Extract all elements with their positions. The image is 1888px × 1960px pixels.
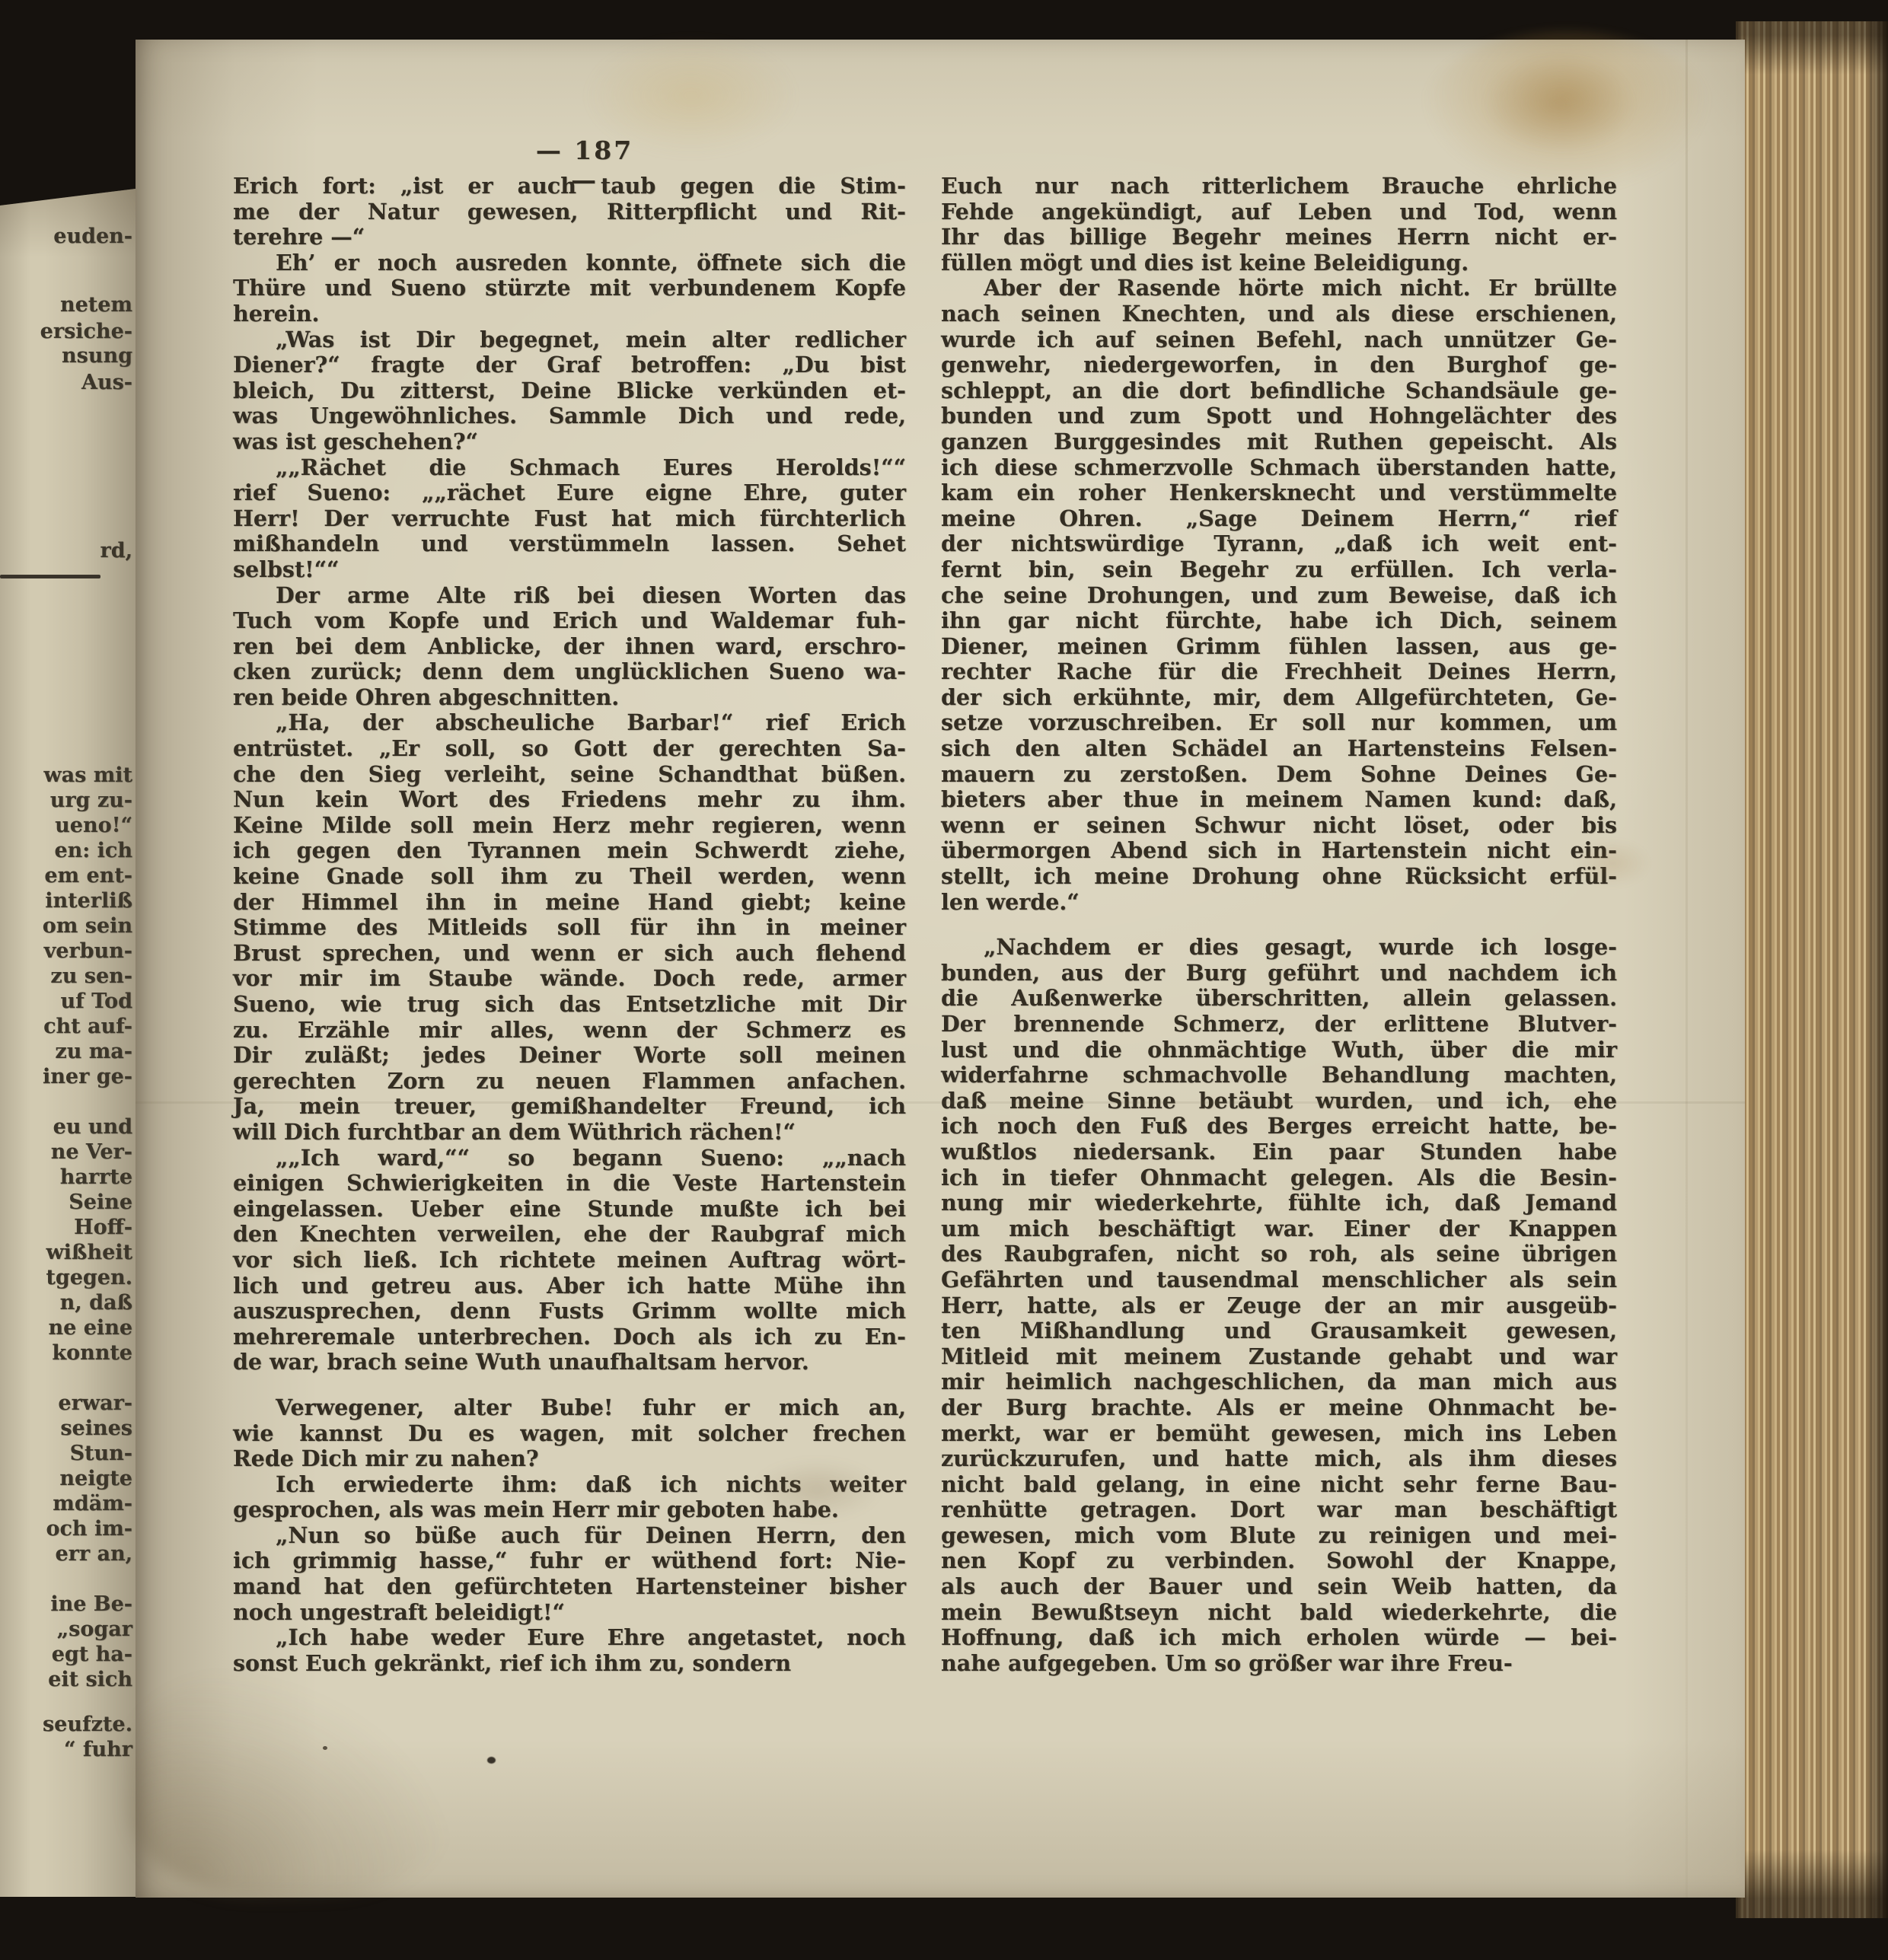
text-line: wie kannst Du es wagen, mit solcher frec… — [233, 1421, 906, 1447]
text-line: Ihr das billige Begehr meines Herrn nich… — [941, 225, 1617, 250]
prev-page-text-fragment: harrte — [60, 1165, 132, 1189]
text-line: ich in tiefer Ohnmacht gelegen. Als die … — [941, 1165, 1617, 1191]
text-line: ren beide Ohren abgeschnitten. — [233, 685, 906, 711]
book-scan-screenshot: { "page": { "header": "— 187 —", "colors… — [0, 0, 1888, 1960]
prev-page-text-fragment: Hoff- — [74, 1216, 132, 1239]
text-line: bieters aber thue in meinem Namen kund: … — [941, 787, 1617, 813]
text-line: selbst!““ — [233, 557, 906, 583]
prev-page-text-fragment: konnte — [52, 1341, 132, 1365]
text-line: ich noch den Fuß des Berges erreicht hat… — [941, 1114, 1617, 1139]
text-line: ten Mißhandlung und Grausamkeit gewesen, — [941, 1318, 1617, 1344]
text-line: was ist geschehen?“ — [233, 429, 906, 455]
text-line: lich und getreu aus. Aber ich hatte Mühe… — [233, 1273, 906, 1299]
text-line: mir heimlich nachgeschlichen, da man mic… — [941, 1369, 1617, 1395]
prev-page-text-fragment: netem — [60, 293, 132, 317]
text-column-left: Erich fort: „ist er auch taub gegen die … — [233, 174, 906, 1676]
text-line: che seine Drohungen, und zum Beweise, da… — [941, 583, 1617, 609]
text-line: Rede Dich mir zu nahen? — [233, 1446, 906, 1472]
text-line: kam ein roher Henkersknecht und verstümm… — [941, 480, 1617, 506]
text-line: renhütte getragen. Dort war man beschäft… — [941, 1497, 1617, 1523]
text-line: Sueno, wie trug sich das Entsetzliche mi… — [233, 992, 906, 1018]
text-line: Der arme Alte riß bei diesen Worten das — [233, 583, 906, 609]
text-line: de war, brach seine Wuth unaufhaltsam he… — [233, 1350, 906, 1375]
paper-stain-top-right — [1422, 30, 1711, 194]
text-line: übermorgen Abend sich in Hartenstein nic… — [941, 838, 1617, 864]
prev-page-text-fragment: em ent- — [44, 864, 132, 888]
text-line: Mitleid mit meinem Zustande gehabt und w… — [941, 1344, 1617, 1370]
text-line: meine Ohren. „Sage Deinem Herrn,“ rief — [941, 506, 1617, 532]
prev-page-text-fragment: Aus- — [81, 371, 132, 394]
prev-page-text-fragment: iner ge- — [43, 1065, 132, 1088]
text-line: mauern zu zerstoßen. Dem Sohne Deines Ge… — [941, 762, 1617, 788]
text-line: die Außenwerke überschritten, allein gel… — [941, 986, 1617, 1012]
text-line: der nichtswürdige Tyrann, „daß ich weit … — [941, 531, 1617, 557]
text-line: Aber der Rasende hörte mich nicht. Er br… — [941, 276, 1617, 301]
vertical-crease — [1685, 40, 1688, 1898]
text-line: was Ungewöhnliches. Sammle Dich und rede… — [233, 403, 906, 429]
text-line: Thüre und Sueno stürzte mit verbundenem … — [233, 276, 906, 301]
prev-page-text-fragment: och im- — [46, 1517, 132, 1541]
prev-page-text-fragment: seines — [60, 1417, 132, 1440]
prev-page-text-fragment: rd, — [100, 539, 132, 563]
text-line: len werde.“ — [941, 890, 1617, 916]
ink-spot-small — [323, 1746, 327, 1750]
text-line: den Knechten verweilen, ehe der Raubgraf… — [233, 1222, 906, 1248]
book-fore-edge-page-stack — [1736, 21, 1888, 1918]
text-line: Nun kein Wort des Friedens mehr zu ihm. — [233, 787, 906, 813]
text-line: Stimme des Mitleids soll für ihn in mein… — [233, 915, 906, 941]
prev-page-text-fragment: egt ha- — [52, 1643, 132, 1666]
text-line: schleppt, an die dort befindliche Schand… — [941, 378, 1617, 404]
prev-page-section-rule — [0, 575, 100, 578]
text-line: nung mir wiederkehrte, fühlte ich, daß J… — [941, 1190, 1617, 1216]
text-line: „Ich habe weder Eure Ehre angetastet, no… — [233, 1625, 906, 1651]
prev-page-text-fragment: interliß — [45, 889, 132, 913]
text-line: wußtlos niedersank. Ein paar Stunden hab… — [941, 1139, 1617, 1165]
text-line: Diener?“ fragte der Graf betroffen: „Du … — [233, 352, 906, 378]
prev-page-text-fragment: Stun- — [70, 1442, 132, 1465]
prev-page-text-fragment: seufzte. — [43, 1713, 132, 1736]
paper-stain-top-right-core — [1483, 55, 1635, 154]
text-line: der Burg brachte. Als er meine Ohnmacht … — [941, 1395, 1617, 1421]
text-line: terehre —“ — [233, 225, 906, 250]
prev-page-text-fragment: ersiche- — [40, 320, 132, 343]
prev-page-text-fragment: ine Be- — [50, 1592, 132, 1616]
text-line: lust und die ohnmächtige Wuth, über die … — [941, 1037, 1617, 1063]
prev-page-text-fragment: wißheit — [46, 1241, 132, 1264]
text-line: zurückzurufen, und hatte mich, als ihm d… — [941, 1446, 1617, 1472]
text-line: setze vorzuschreiben. Er soll nur kommen… — [941, 710, 1617, 736]
text-line: Ja, mein treuer, gemißhandelter Freund, … — [233, 1094, 906, 1120]
text-line: „„Ich ward,““ so begann Sueno: „„nach — [233, 1146, 906, 1171]
prev-page-text-fragment: en: ich — [54, 839, 132, 862]
text-line: Gefährten und tausendmal menschlicher al… — [941, 1267, 1617, 1293]
text-line: als auch der Bauer und sein Weib hatten,… — [941, 1574, 1617, 1600]
prev-page-text-fragment: zu sen- — [50, 964, 132, 988]
text-line: auszusprechen, denn Fusts Grimm wollte m… — [233, 1299, 906, 1324]
text-line: Dir zuläßt; jedes Deiner Worte soll mein… — [233, 1043, 906, 1069]
text-line: fernt bin, sein Begehr zu erfüllen. Ich … — [941, 557, 1617, 583]
text-line: mißhandeln und verstümmeln lassen. Sehet — [233, 531, 906, 557]
prev-page-text-fragment: err an, — [55, 1542, 132, 1566]
text-column-right: Euch nur nach ritterlichem Brauche ehrli… — [941, 174, 1617, 1676]
text-line: „Nun so büße auch für Deinen Herrn, den — [233, 1523, 906, 1549]
prev-page-text-fragment: tgegen. — [46, 1266, 132, 1289]
text-line: widerfahrne schmachvolle Behandlung mach… — [941, 1063, 1617, 1088]
prev-page-text-fragment: ueno!“ — [55, 814, 132, 837]
text-line: Tuch vom Kopfe und Erich und Waldemar fu… — [233, 608, 906, 634]
text-line: nicht bald gelang, in eine nicht sehr fe… — [941, 1472, 1617, 1498]
prev-page-text-fragment: euden- — [53, 225, 132, 248]
text-line: Diener, meinen Grimm fühlen lassen, aus … — [941, 634, 1617, 660]
text-line: sonst Euch gekränkt, rief ich ihm zu, so… — [233, 1651, 906, 1677]
text-line: eingelassen. Ueber eine Stunde mußte ich… — [233, 1197, 906, 1222]
prev-page-text-fragment: mdäm- — [53, 1492, 132, 1515]
text-line: cken zurück; denn dem unglücklichen Suen… — [233, 659, 906, 685]
text-line: vor mir im Staube wände. Doch rede, arme… — [233, 966, 906, 992]
prev-page-text-fragment: „sogar — [57, 1617, 132, 1641]
text-line: ihn gar nicht fürchte, habe ich Dich, se… — [941, 608, 1617, 634]
text-line: nen Kopf zu verbinden. Sowohl der Knappe… — [941, 1548, 1617, 1574]
text-line: der Himmel ihn in meine Hand giebt; kein… — [233, 890, 906, 916]
text-line: zu. Erzähle mir alles, wenn der Schmerz … — [233, 1018, 906, 1044]
text-line: gerechten Zorn zu neuen Flammen anfachen… — [233, 1069, 906, 1095]
text-line: gesprochen, als was mein Herr mir gebote… — [233, 1497, 906, 1523]
prev-page-text-fragment: ne eine — [49, 1316, 132, 1340]
prev-page-text-fragment: eu und — [53, 1115, 132, 1139]
text-line: Verwegener, alter Bube! fuhr er mich an, — [233, 1395, 906, 1421]
text-line: „„Rächet die Schmach Eures Herolds!““ — [233, 455, 906, 481]
text-line: mand hat den gefürchteten Hartensteiner … — [233, 1574, 906, 1600]
text-line: ich gegen den Tyrannen mein Schwerdt zie… — [233, 838, 906, 864]
text-line: Der brennende Schmerz, der erlittene Blu… — [941, 1012, 1617, 1037]
text-line: einigen Schwierigkeiten in die Veste Har… — [233, 1171, 906, 1197]
text-line: Fehde angekündigt, auf Leben und Tod, we… — [941, 199, 1617, 225]
text-line: der sich erkühnte, mir, dem Allgefürchte… — [941, 685, 1617, 711]
prev-page-text-fragment: ne Ver- — [51, 1140, 132, 1164]
prev-page-text-fragment: erwar- — [58, 1391, 132, 1415]
prev-page-text-fragment: urg zu- — [50, 789, 132, 812]
text-line: nach seinen Knechten, und als diese ersc… — [941, 301, 1617, 327]
text-line: mein Bewußtseyn nicht bald wiederkehrte,… — [941, 1600, 1617, 1626]
prev-page-text-fragment: verbun- — [44, 939, 132, 963]
book-page: — 187 — Erich fort: „ist er auch taub ge… — [136, 40, 1745, 1898]
prev-page-text-fragment: om sein — [43, 914, 132, 938]
text-line: um mich beschäftigt war. Einer der Knapp… — [941, 1216, 1617, 1242]
text-line: mehreremale unterbrechen. Doch als ich z… — [233, 1324, 906, 1350]
text-line: Herr! Der verruchte Fust hat mich fürcht… — [233, 506, 906, 532]
text-line: entrüstet. „Er soll, so Gott der gerecht… — [233, 736, 906, 762]
text-line: will Dich furchtbar an dem Wüthrich räch… — [233, 1120, 906, 1146]
text-line: genwehr, niedergeworfen, in den Burghof … — [941, 352, 1617, 378]
ink-spot — [487, 1757, 496, 1764]
horizontal-crease — [136, 1101, 1745, 1104]
text-line: herein. — [233, 301, 906, 327]
text-line: Eh’ er noch ausreden konnte, öffnete sic… — [233, 250, 906, 276]
text-line: „Was ist Dir begegnet, mein alter redlic… — [233, 327, 906, 353]
text-line: rief Sueno: „„rächet Eure eigne Ehre, gu… — [233, 480, 906, 506]
text-line: merkt, war er bemüht gewesen, mich ins L… — [941, 1421, 1617, 1447]
text-line: vor sich ließ. Ich richtete meinen Auftr… — [233, 1248, 906, 1273]
text-line: Euch nur nach ritterlichem Brauche ehrli… — [941, 174, 1617, 199]
text-line: ich diese schmerzvolle Schmach überstand… — [941, 455, 1617, 481]
text-line: „Ha, der abscheuliche Barbar!“ rief Eric… — [233, 710, 906, 736]
prev-page-text-fragment: was mit — [43, 763, 132, 787]
text-line: „Nachdem er dies gesagt, wurde ich losge… — [941, 935, 1617, 961]
bottom-corner-shade — [128, 1668, 455, 1897]
text-line: wurde ich auf seinen Befehl, nach unnütz… — [941, 327, 1617, 353]
text-line: Erich fort: „ist er auch taub gegen die … — [233, 174, 906, 199]
prev-page-text-fragment: nsung — [62, 344, 132, 368]
text-line: ren bei dem Anblicke, der ihnen ward, er… — [233, 634, 906, 660]
text-line: ich grimmig hasse,“ fuhr er wüthend fort… — [233, 1548, 906, 1574]
text-line: ganzen Burggesindes mit Ruthen gepeischt… — [941, 429, 1617, 455]
text-line: stellt, ich meine Drohung ohne Rücksicht… — [941, 864, 1617, 890]
prev-page-text-fragment: cht auf- — [43, 1015, 132, 1038]
text-line: gewesen, mich vom Blute zu reinigen und … — [941, 1523, 1617, 1549]
prev-page-text-fragment: neigte — [59, 1467, 132, 1490]
text-line: keine Gnade soll ihm zu Theil werden, we… — [233, 864, 906, 890]
text-line: nahe aufgegeben. Um so größer war ihre F… — [941, 1651, 1617, 1677]
text-line: Hoffnung, daß ich mich erholen würde — b… — [941, 1625, 1617, 1651]
text-line: füllen mögt und dies ist keine Beleidigu… — [941, 250, 1617, 276]
text-line: che den Sieg verleiht, seine Schandthat … — [233, 762, 906, 788]
text-line: Brust sprechen, und wenn er sich auch fl… — [233, 941, 906, 967]
text-line: noch ungestraft beleidigt!“ — [233, 1600, 906, 1626]
text-line: Herr, hatte, als er Zeuge der an mir aus… — [941, 1293, 1617, 1319]
text-line: wenn er seinen Schwur nicht löset, oder … — [941, 813, 1617, 839]
prev-page-text-fragment: uf Tod — [60, 990, 132, 1013]
prev-page-text-fragment: eit sich — [48, 1668, 132, 1691]
text-line: rechter Rache für die Frechheit Deines H… — [941, 659, 1617, 685]
text-line: Ich erwiederte ihm: daß ich nichts weite… — [233, 1472, 906, 1498]
text-line: Keine Milde soll mein Herz mehr regieren… — [233, 813, 906, 839]
text-line: sich den alten Schädel an Hartensteins F… — [941, 736, 1617, 762]
text-line: bunden und zum Spott und Hohngelächter d… — [941, 403, 1617, 429]
prev-page-text-fragment: Seine — [69, 1190, 132, 1214]
prev-page-text-fragment: “ fuhr — [64, 1738, 132, 1761]
prev-page-text-fragment: zu ma- — [55, 1040, 132, 1063]
text-line: me der Natur gewesen, Ritterpflicht und … — [233, 199, 906, 225]
previous-page-sliver: euden-netemersiche-nsungAus-rd,was mitur… — [0, 189, 136, 1897]
text-line: bunden, aus der Burg geführt und nachdem… — [941, 961, 1617, 986]
text-line: bleich, Du zitterst, Deine Blicke verkün… — [233, 378, 906, 404]
prev-page-text-fragment: n, daß — [60, 1291, 132, 1315]
text-line: des Raubgrafen, nicht so roh, als seine … — [941, 1241, 1617, 1267]
